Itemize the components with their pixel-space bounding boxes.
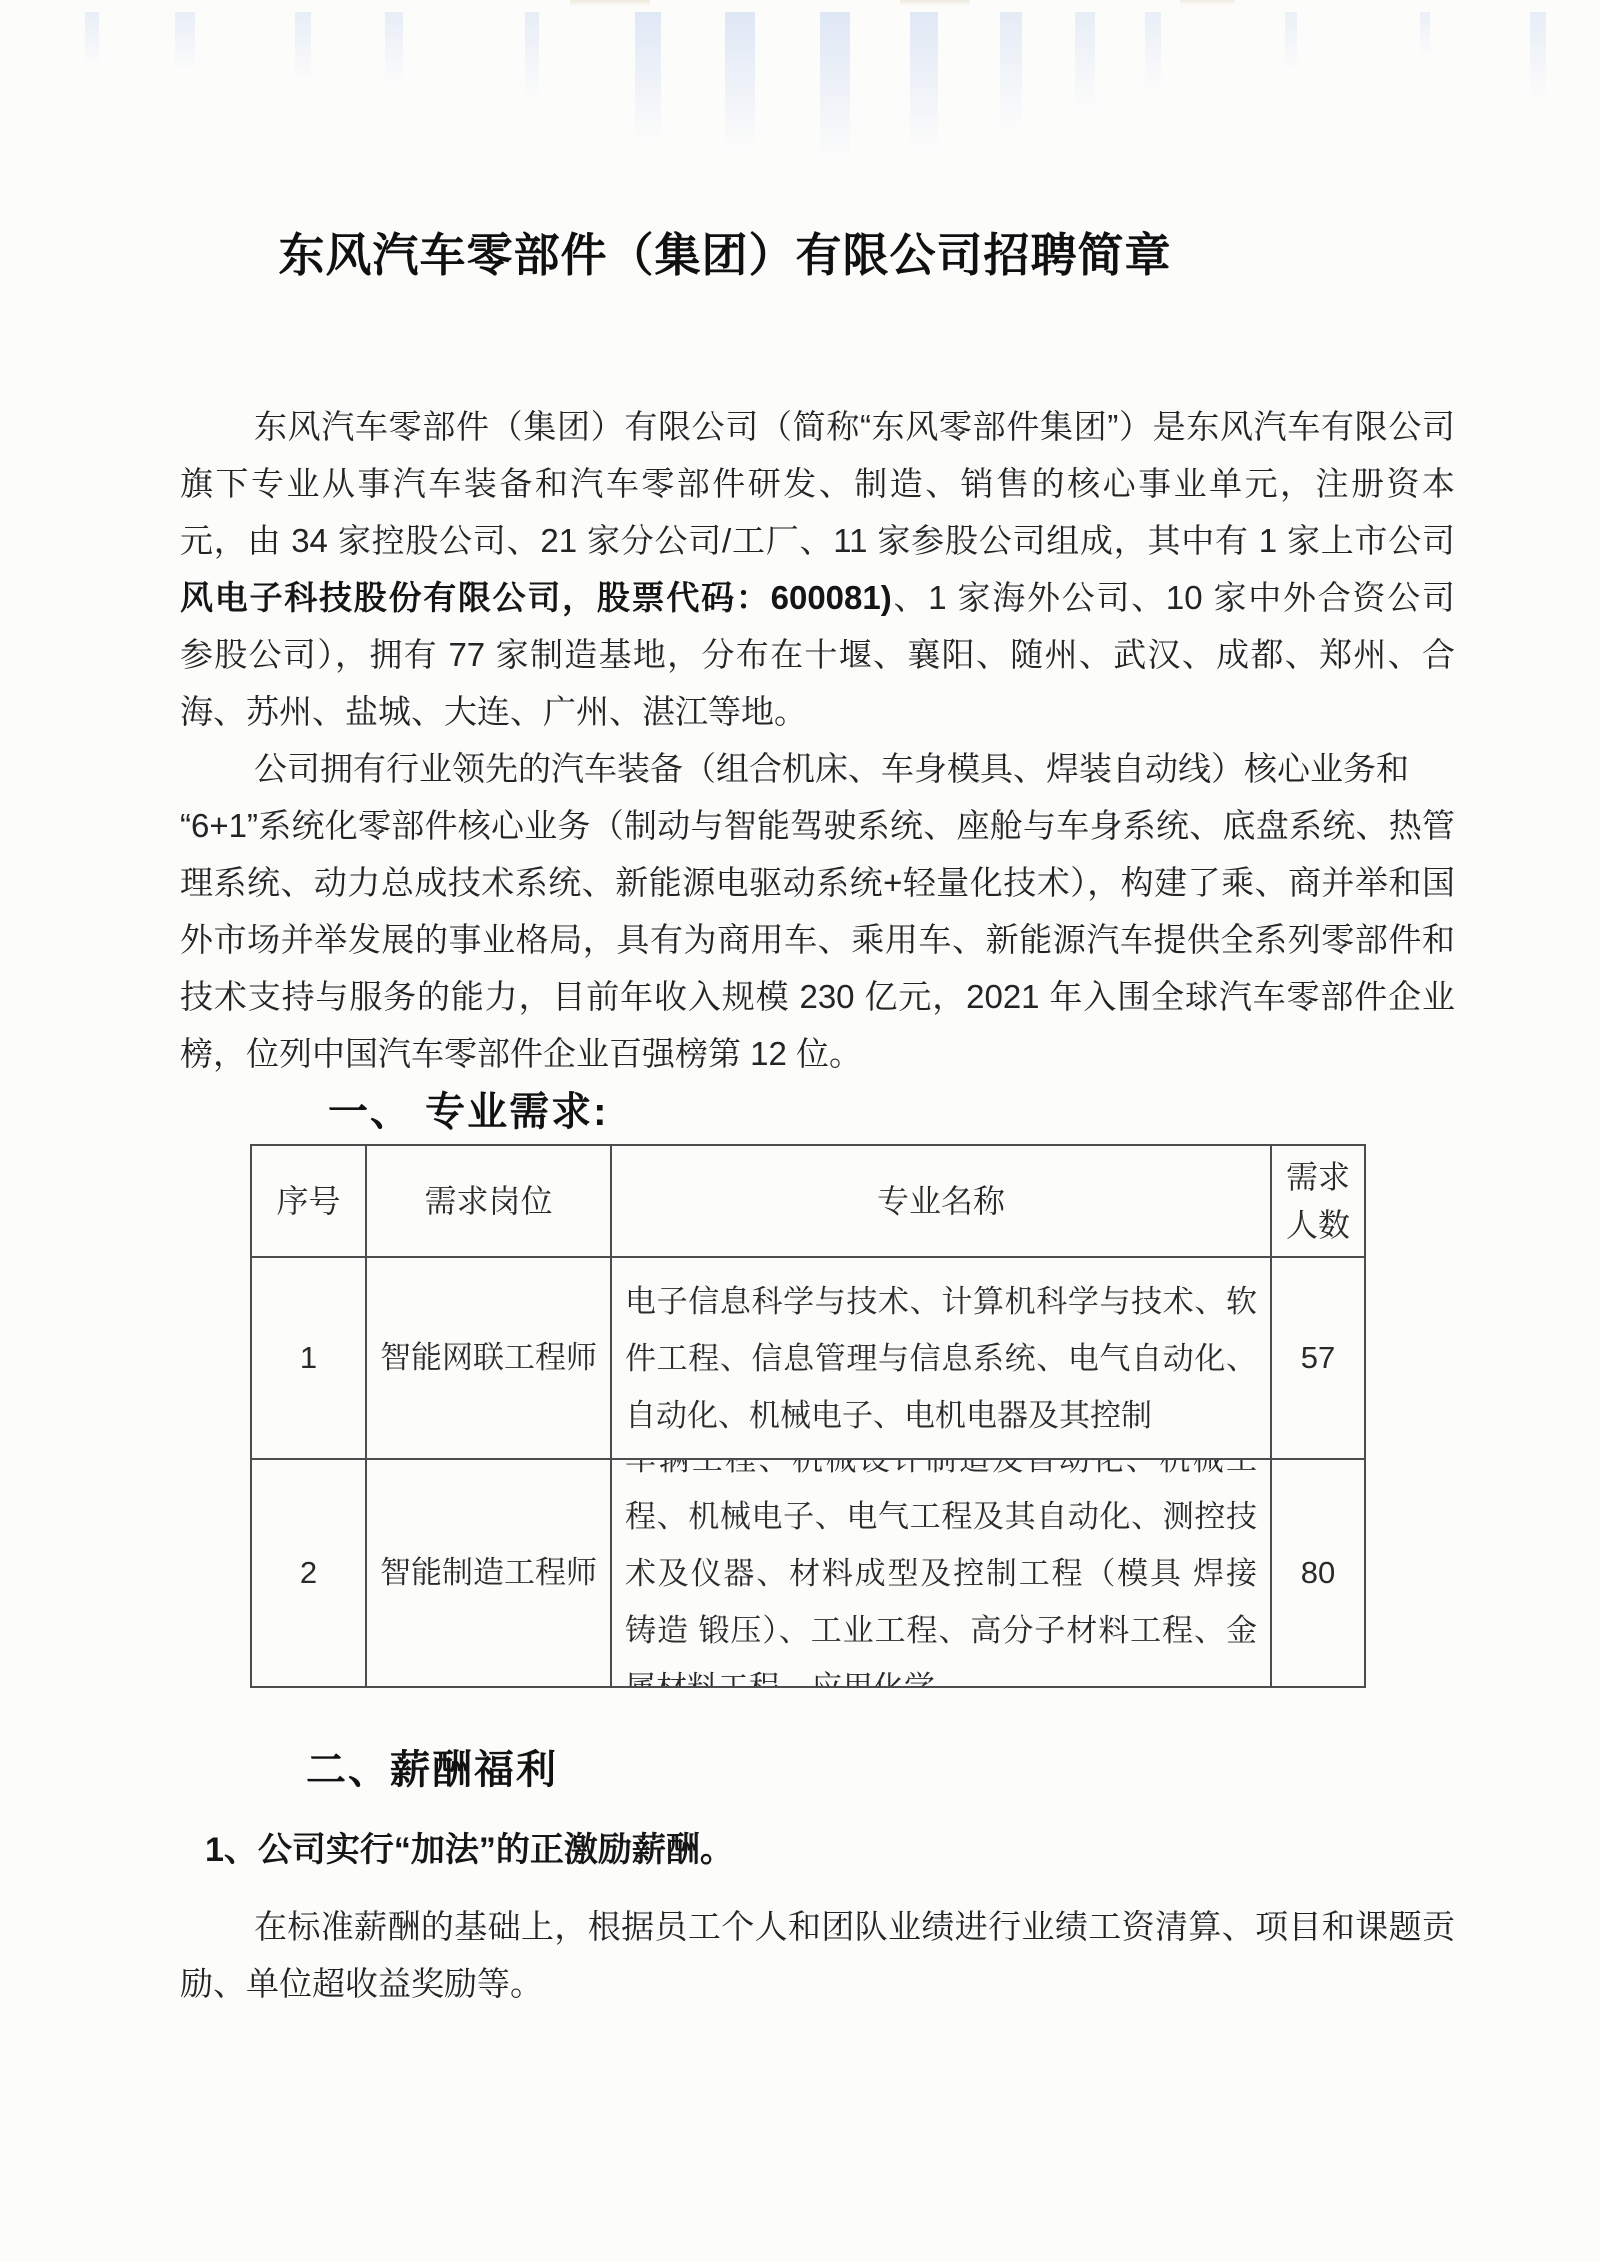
table-row: 2 智能制造工程师 车辆工程、机械设计制造及自动化、机械工程、机械电子、电气工程…: [252, 1458, 1364, 1686]
text-line: 在标准薪酬的基础上，根据员工个人和团队业绩进行业绩工资清算、项目和课题贡献奖: [180, 1898, 1455, 1955]
text-segment: 元，由 34 家控股公司、21 家分公司/工厂、11 家参股公司组成，其中有 1…: [180, 522, 1455, 559]
section2-item1-body: 在标准薪酬的基础上，根据员工个人和团队业绩进行业绩工资清算、项目和课题贡献奖励、…: [180, 1898, 1455, 2012]
text-segment: 榜，位列中国汽车零部件企业百强榜第 12 位。: [180, 1035, 862, 1072]
table-header-row: 序号 需求岗位 专业名称 需求人数: [252, 1146, 1364, 1256]
table-row: 1 智能网联工程师 电子信息科学与技术、计算机科学与技术、软件工程、信息管理与信…: [252, 1256, 1364, 1458]
text-line: 旗下专业从事汽车装备和汽车零部件研发、制造、销售的核心事业单元，注册资本 39.…: [180, 455, 1455, 512]
text-segment: 海、苏州、盐城、大连、广州、湛江等地。: [180, 693, 807, 730]
row-majors: 电子信息科学与技术、计算机科学与技术、软件工程、信息管理与信息系统、电气自动化、…: [610, 1258, 1270, 1458]
document-page: 东风汽车零部件（集团）有限公司招聘简章 东风汽车零部件（集团）有限公司（简称“东…: [0, 0, 1600, 2262]
text-segment: 参股公司），拥有 77 家制造基地，分布在十堰、襄阳、随州、武汉、成都、郑州、合…: [180, 636, 1455, 683]
requirements-table: 序号 需求岗位 专业名称 需求人数 1 智能网联工程师 电子信息科学与技术、计算…: [250, 1144, 1366, 1688]
row-position: 智能网联工程师: [365, 1258, 610, 1458]
section2-heading: 二、薪酬福利: [306, 1746, 1600, 1794]
column-header-position: 需求岗位: [365, 1146, 610, 1256]
text-line: 技术支持与服务的能力，目前年收入规模 230 亿元，2021 年入围全球汽车零部…: [180, 968, 1455, 1025]
row-majors-text: 电子信息科学与技术、计算机科学与技术、软件工程、信息管理与信息系统、电气自动化、…: [625, 1273, 1257, 1444]
row-majors: 车辆工程、机械设计制造及自动化、机械工程、机械电子、电气工程及其自动化、测控技术…: [610, 1460, 1270, 1686]
column-header-major: 专业名称: [610, 1146, 1270, 1256]
intro-paragraph-2: 公司拥有行业领先的汽车装备（组合机床、车身模具、焊装自动线）核心业务和“6+1”…: [180, 740, 1455, 1082]
text-line: 外市场并举发展的事业格局，具有为商用车、乘用车、新能源汽车提供全系列零部件和关键: [180, 911, 1455, 968]
text-segment: 公司拥有行业领先的汽车装备（组合机床、车身模具、焊装自动线）核心业务和: [254, 750, 1409, 787]
text-segment: 旗下专业从事汽车装备和汽车零部件研发、制造、销售的核心事业单元，注册资本 39.…: [180, 465, 1455, 512]
text-segment: 理系统、动力总成技术系统、新能源电驱动系统+轻量化技术），构建了乘、商并举和国内…: [180, 864, 1455, 911]
column-header-index: 序号: [252, 1146, 365, 1256]
text-segment-bold: 风电子科技股份有限公司，股票代码：600081): [180, 579, 892, 616]
text-line: 榜，位列中国汽车零部件企业百强榜第 12 位。: [180, 1025, 1455, 1082]
text-segment: “6+1”系统化零部件核心业务（制动与智能驾驶系统、座舱与车身系统、底盘系统、热…: [180, 807, 1455, 844]
section2-item1-heading: 1、公司实行“加法”的正激励薪酬。: [205, 1830, 1600, 1870]
page-title: 东风汽车零部件（集团）有限公司招聘简章: [180, 0, 1270, 280]
text-line: 东风汽车零部件（集团）有限公司（简称“东风零部件集团”）是东风汽车有限公司: [180, 398, 1455, 455]
text-line: 海、苏州、盐城、大连、广州、湛江等地。: [180, 683, 1455, 740]
row-index: 2: [252, 1460, 365, 1686]
text-segment: 东风汽车零部件（集团）有限公司（简称“东风零部件集团”）是东风汽车有限公司: [254, 408, 1455, 445]
text-line: 元，由 34 家控股公司、21 家分公司/工厂、11 家参股公司组成，其中有 1…: [180, 512, 1455, 569]
column-header-count: 需求人数: [1270, 1146, 1364, 1256]
text-segment: 外市场并举发展的事业格局，具有为商用车、乘用车、新能源汽车提供全系列零部件和关键: [180, 921, 1455, 968]
text-line: 风电子科技股份有限公司，股票代码：600081)、1 家海外公司、10 家中外合…: [180, 569, 1455, 626]
row-index: 1: [252, 1258, 365, 1458]
text-line: 参股公司），拥有 77 家制造基地，分布在十堰、襄阳、随州、武汉、成都、郑州、合…: [180, 626, 1455, 683]
text-line: 励、单位超收益奖励等。: [180, 1955, 1455, 2012]
row-count: 57: [1270, 1258, 1364, 1458]
text-segment: 励、单位超收益奖励等。: [180, 1965, 543, 2002]
row-majors-text: 车辆工程、机械设计制造及自动化、机械工程、机械电子、电气工程及其自动化、测控技术…: [625, 1460, 1257, 1686]
row-count: 80: [1270, 1460, 1364, 1686]
text-segment: 技术支持与服务的能力，目前年收入规模 230 亿元，2021 年入围全球汽车零部…: [180, 978, 1455, 1025]
text-line: 公司拥有行业领先的汽车装备（组合机床、车身模具、焊装自动线）核心业务和: [180, 740, 1455, 797]
intro-paragraph-1: 东风汽车零部件（集团）有限公司（简称“东风零部件集团”）是东风汽车有限公司旗下专…: [180, 398, 1455, 740]
section1-heading: 一、 专业需求:: [328, 1088, 1600, 1136]
text-segment: 在标准薪酬的基础上，根据员工个人和团队业绩进行业绩工资清算、项目和课题贡献奖: [254, 1908, 1455, 1955]
row-position: 智能制造工程师: [365, 1460, 610, 1686]
text-line: 理系统、动力总成技术系统、新能源电驱动系统+轻量化技术），构建了乘、商并举和国内…: [180, 854, 1455, 911]
text-line: “6+1”系统化零部件核心业务（制动与智能驾驶系统、座舱与车身系统、底盘系统、热…: [180, 797, 1455, 854]
